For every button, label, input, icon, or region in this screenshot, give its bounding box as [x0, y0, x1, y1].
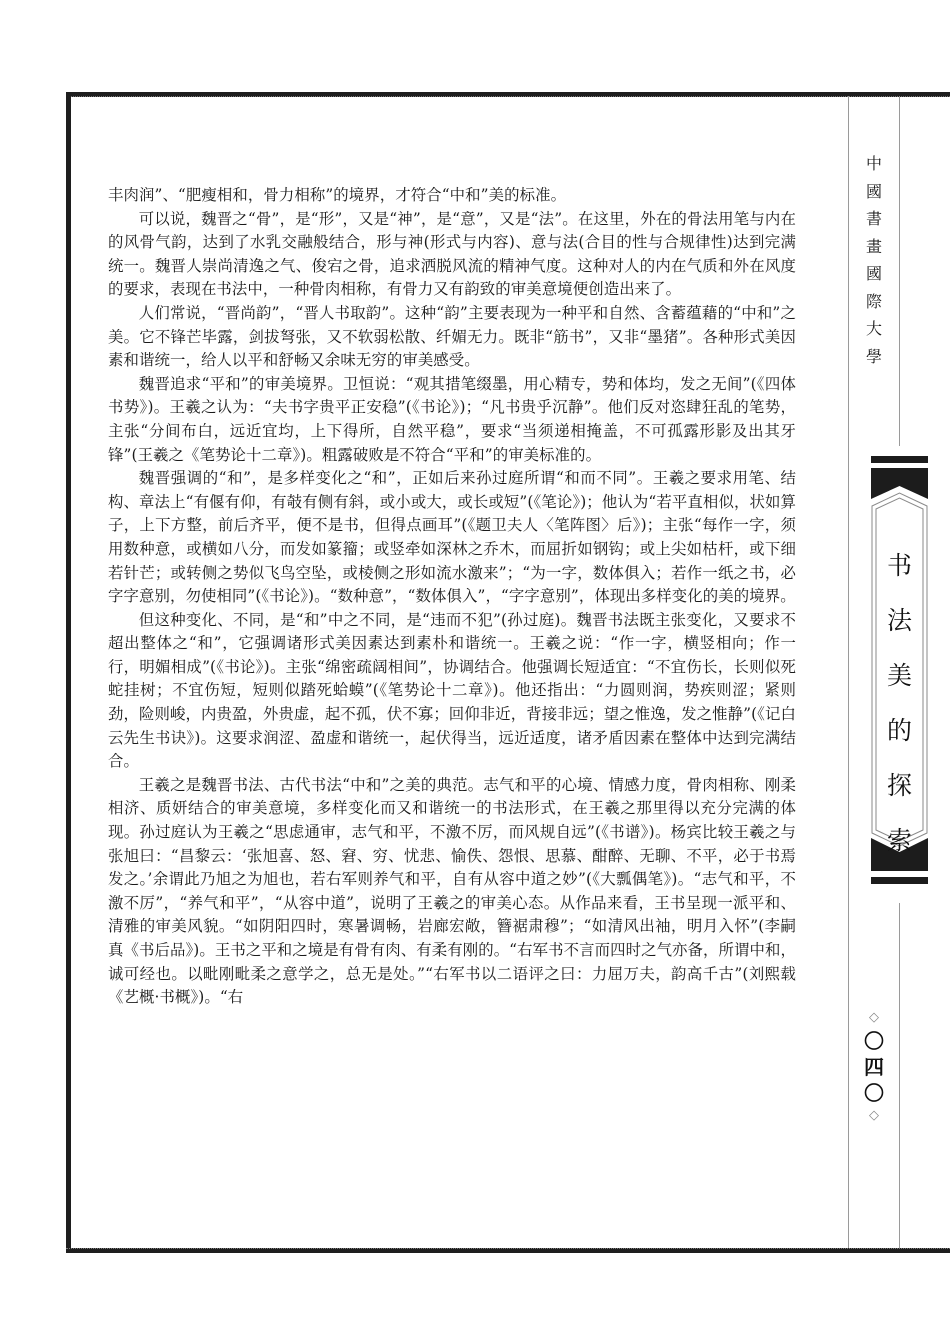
title-char: 大: [861, 315, 887, 343]
page-digit: 〇: [861, 1028, 887, 1054]
title-char: 畫: [861, 233, 887, 261]
banner-char: 索: [871, 813, 928, 868]
banner-title: 书 法 美 的 探 索: [871, 538, 928, 868]
banner-char: 探: [871, 758, 928, 813]
sidebar-outer-rule-bottom: [899, 903, 900, 1248]
sidebar-inner-rule: [848, 96, 849, 1248]
paragraph: 人们常说，“晋尚韵”，“晋人书取韵”。这种“韵”主要表现为一种平和自然、含蓄蕴藉…: [108, 302, 796, 373]
paragraph: 魏晋强调的“和”，是多样变化之“和”，正如后来孙过庭所谓“和而不同”。王羲之要求…: [108, 467, 796, 609]
title-char: 中: [861, 150, 887, 178]
banner-char: 法: [871, 593, 928, 648]
publisher-vertical-title: 中 國 書 畫 國 際 大 學: [861, 150, 887, 370]
banner-char: 美: [871, 648, 928, 703]
banner-char: 的: [871, 703, 928, 758]
page-frame-bottom-border: [66, 1248, 950, 1253]
title-char: 學: [861, 343, 887, 371]
diamond-ornament-icon: ◇: [861, 1106, 887, 1126]
paragraph: 王羲之是魏晋书法、古代书法“中和”之美的典范。志气和平的心境、情感力度，骨肉相称…: [108, 774, 796, 1010]
page-digit: 四: [861, 1054, 887, 1080]
diamond-ornament-icon: ◇: [861, 1008, 887, 1028]
paragraph-continued: 丰肉润”、“肥瘦相和，骨力相称”的境界，才符合“中和”美的标准。: [108, 184, 796, 208]
title-char: 國: [861, 260, 887, 288]
sidebar-outer-rule-top: [899, 96, 900, 446]
paragraph: 但这种变化、不同，是“和”中之不同，是“违而不犯”(孙过庭)。魏晋书法既主张变化…: [108, 609, 796, 774]
page-frame-left-border: [66, 92, 71, 1252]
banner-char: 书: [871, 538, 928, 593]
title-char: 國: [861, 178, 887, 206]
paragraph: 可以说，魏晋之“骨”，是“形”，又是“神”，是“意”，又是“法”。在这里，外在的…: [108, 208, 796, 302]
page-digit: 〇: [861, 1080, 887, 1106]
title-char: 書: [861, 205, 887, 233]
page-frame-top-border: [67, 92, 950, 97]
page-number: ◇ 〇 四 〇 ◇: [861, 1008, 887, 1126]
book-title-banner: 书 法 美 的 探 索: [871, 456, 928, 886]
paragraph: 魏晋追求“平和”的审美境界。卫恒说：“观其措笔缀墨，用心精专，势和体均，发之无间…: [108, 373, 796, 467]
title-char: 際: [861, 288, 887, 316]
body-text: 丰肉润”、“肥瘦相和，骨力相称”的境界，才符合“中和”美的标准。 可以说，魏晋之…: [108, 184, 796, 1010]
